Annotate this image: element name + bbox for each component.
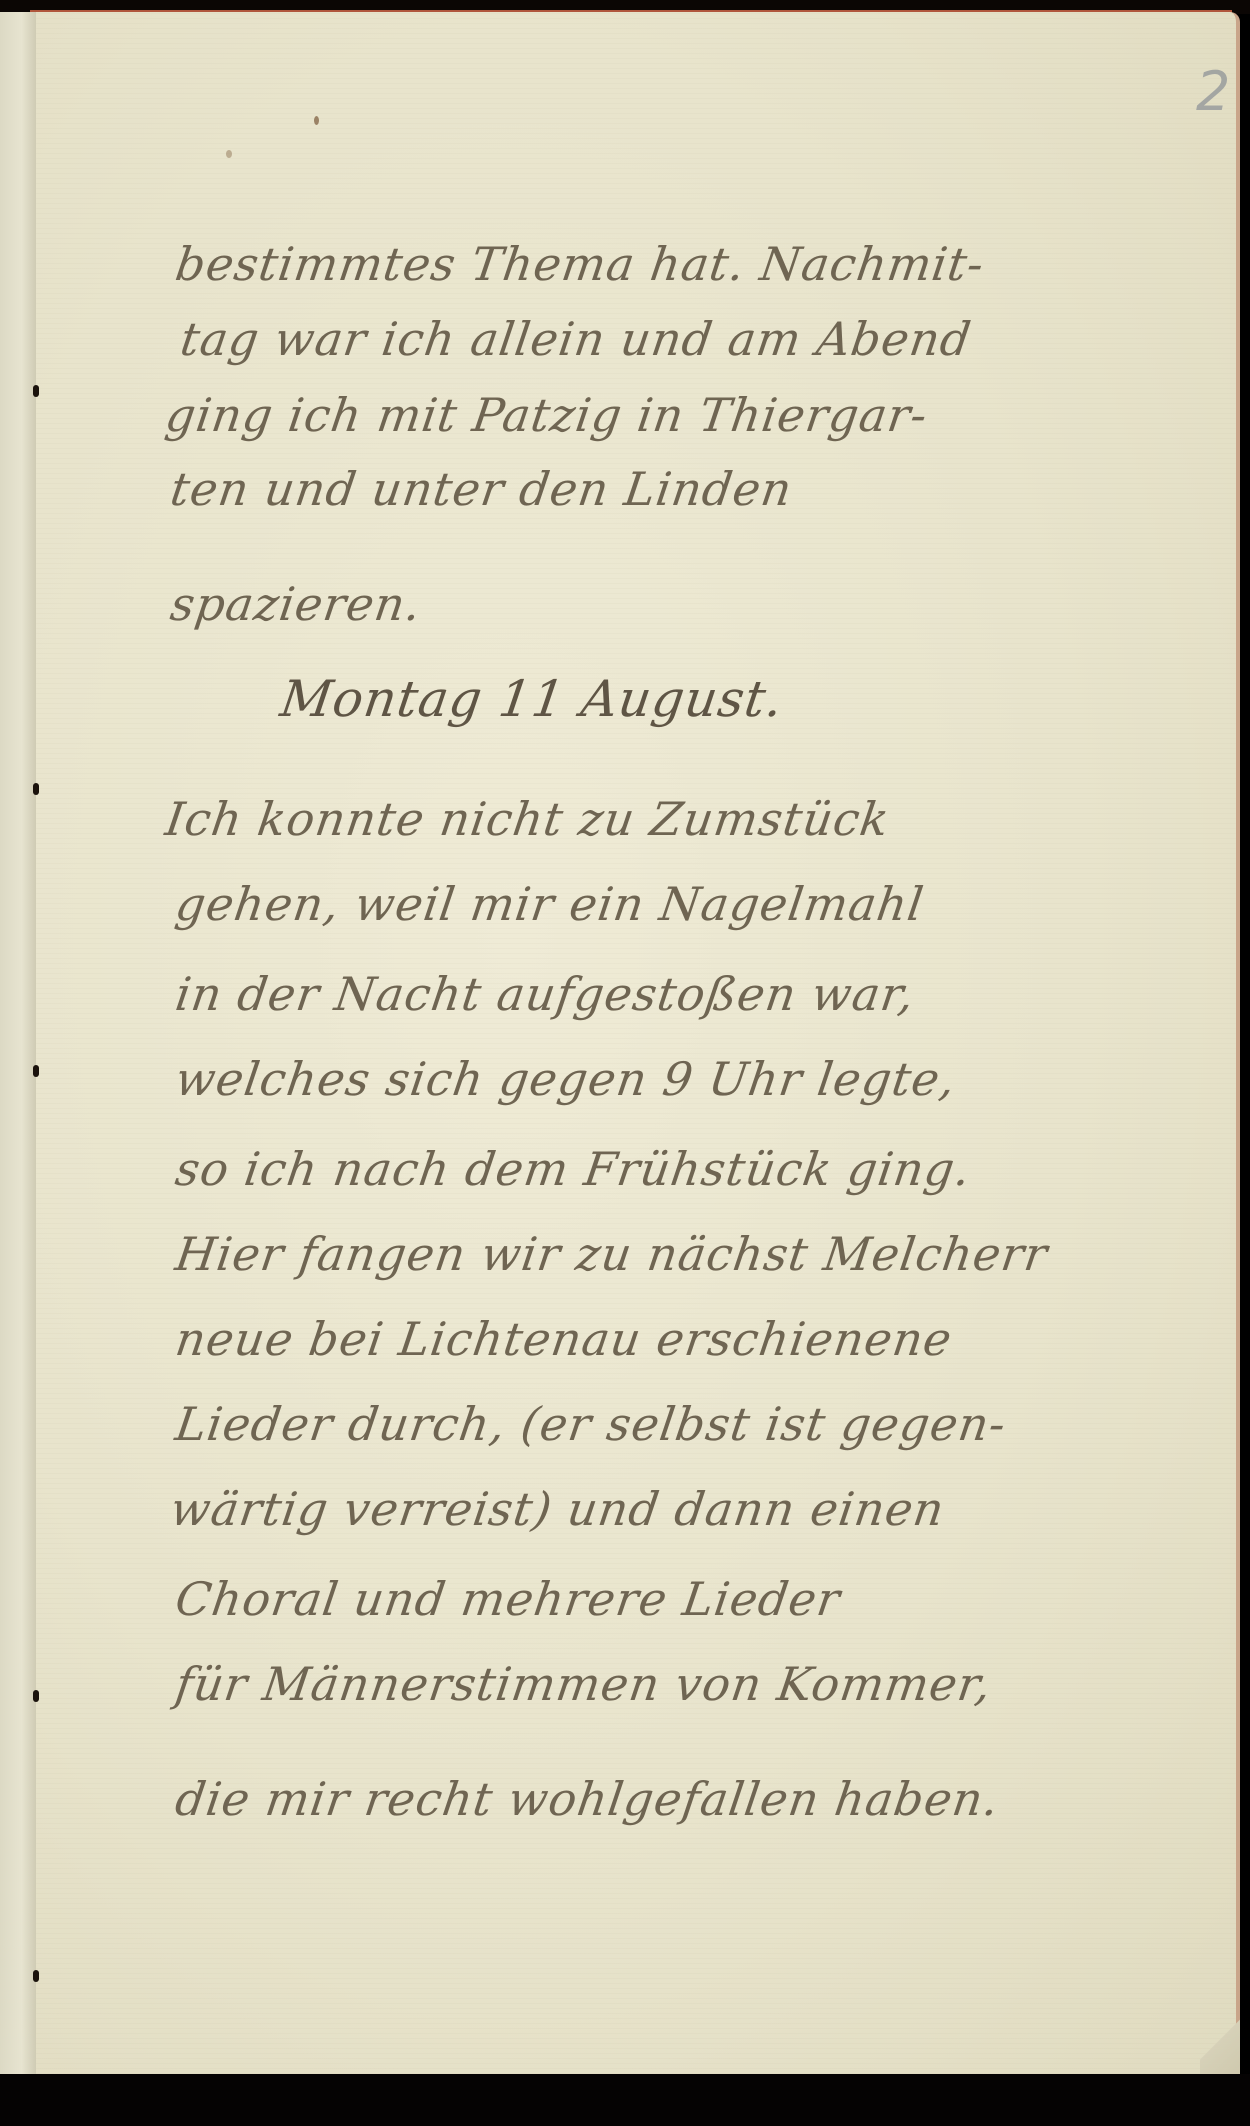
text-line-16: Choral und mehrere Lieder xyxy=(172,1572,844,1626)
binding-hole xyxy=(33,1065,39,1077)
binding-hole xyxy=(33,1970,39,1982)
text-line-10: welches sich gegen 9 Uhr legte, xyxy=(172,1052,959,1106)
scan-bottom-border xyxy=(0,2074,1250,2126)
text-line-14: Lieder durch, (er selbst ist gegen- xyxy=(172,1397,1009,1451)
facing-page-gutter xyxy=(0,12,38,2074)
text-line-11: so ich nach dem Frühstück ging. xyxy=(172,1142,974,1196)
text-line-17: für Männerstimmen von Kommer, xyxy=(172,1657,995,1711)
diary-date-heading: Montag 11 August. xyxy=(277,670,787,728)
text-line-5: spazieren. xyxy=(167,577,425,631)
ink-spot xyxy=(314,116,319,125)
text-line-13: neue bei Lichtenau erschienene xyxy=(172,1312,955,1366)
text-line-2: tag war ich allein und am Abend xyxy=(177,312,975,366)
text-line-15: wärtig verreist) und dann einen xyxy=(167,1482,948,1536)
binding-hole xyxy=(33,783,39,795)
binding-hole xyxy=(33,1690,39,1702)
page-number: 2 xyxy=(1196,60,1230,123)
text-line-7: Ich konnte nicht zu Zumstück xyxy=(162,792,893,846)
text-line-4: ten und unter den Linden xyxy=(167,462,796,516)
text-line-12: Hier fangen wir zu nächst Melcherr xyxy=(172,1227,1051,1281)
binding-hole xyxy=(33,385,39,397)
foxing-spot xyxy=(226,150,232,158)
text-line-3: ging ich mit Patzig in Thiergar- xyxy=(162,388,931,442)
text-line-8: gehen, weil mir ein Nagelmahl xyxy=(172,877,927,931)
text-line-9: in der Nacht aufgestoßen war, xyxy=(172,967,918,1021)
text-line-18: die mir recht wohlgefallen haben. xyxy=(172,1772,1003,1826)
manuscript-page: 2 bestimmtes Thema hat. Nachmit- tag war… xyxy=(36,12,1240,2074)
text-line-1: bestimmtes Thema hat. Nachmit- xyxy=(172,237,988,291)
